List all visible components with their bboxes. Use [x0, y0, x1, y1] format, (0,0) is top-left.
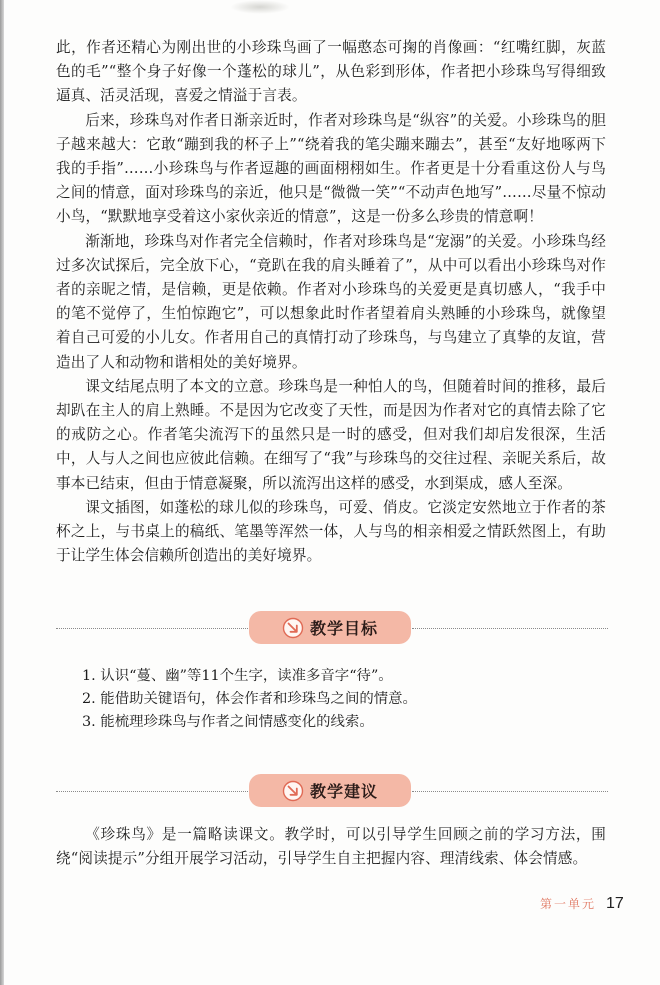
arrow-down-right-circle-icon	[282, 617, 304, 639]
dotted-divider	[56, 628, 248, 629]
page-number: 17	[606, 895, 624, 913]
paragraph: 课文结尾点明了本文的立意。珍珠鸟是一种怕人的鸟，但随着时间的推移，最后却趴在主人…	[56, 375, 606, 496]
teaching-goals-list: 1. 认识“蔓、幽”等11个生字，读准多音字“待”。 2. 能借助关键语句，体会…	[82, 665, 602, 734]
page-footer: 第一单元 17	[540, 895, 624, 913]
dotted-divider	[412, 791, 608, 792]
dotted-divider	[412, 628, 608, 629]
paragraph: 后来，珍珠鸟对作者日渐亲近时，作者对珍珠鸟是“纵容”的关爱。小珍珠鸟的胆子越来越…	[56, 109, 606, 230]
paragraph: 课文插图，如蓬松的球儿似的珍珠鸟，可爱、俏皮。它淡定安然地立于作者的茶杯之上，与…	[56, 496, 606, 569]
section-header-teaching-goals: 教学目标	[56, 609, 608, 649]
paragraph: 《珍珠鸟》是一篇略读课文。教学时，可以引导学生回顾之前的学习方法，围绕“阅读提示…	[56, 823, 606, 871]
section-header-teaching-advice: 教学建议	[56, 772, 608, 812]
dotted-divider	[56, 791, 248, 792]
section-title: 教学目标	[310, 616, 378, 639]
section-title: 教学建议	[310, 779, 378, 802]
analysis-text: 此，作者还精心为刚出世的小珍珠鸟画了一幅憨态可掬的肖像画：“红嘴红脚，灰蓝色的毛…	[56, 36, 606, 568]
teaching-advice-text: 《珍珠鸟》是一篇略读课文。教学时，可以引导学生回顾之前的学习方法，围绕“阅读提示…	[56, 823, 606, 871]
goal-item: 3. 能梳理珍珠鸟与作者之间情感变化的线索。	[82, 711, 602, 734]
paragraph: 渐渐地，珍珠鸟对作者完全信赖时，作者对珍珠鸟是“宠溺”的关爱。小珍珠鸟经过多次试…	[56, 230, 606, 375]
paragraph: 此，作者还精心为刚出世的小珍珠鸟画了一幅憨态可掬的肖像画：“红嘴红脚，灰蓝色的毛…	[56, 36, 606, 109]
arrow-down-right-circle-icon	[282, 780, 304, 802]
goal-item: 2. 能借助关键语句，体会作者和珍珠鸟之间的情意。	[82, 688, 602, 711]
section-title-pill: 教学建议	[249, 774, 411, 807]
unit-label: 第一单元	[540, 895, 596, 912]
section-title-pill: 教学目标	[249, 611, 411, 644]
page-binding-edge	[0, 0, 4, 985]
goal-item: 1. 认识“蔓、幽”等11个生字，读准多音字“待”。	[82, 665, 602, 688]
scan-smudge	[230, 0, 290, 14]
